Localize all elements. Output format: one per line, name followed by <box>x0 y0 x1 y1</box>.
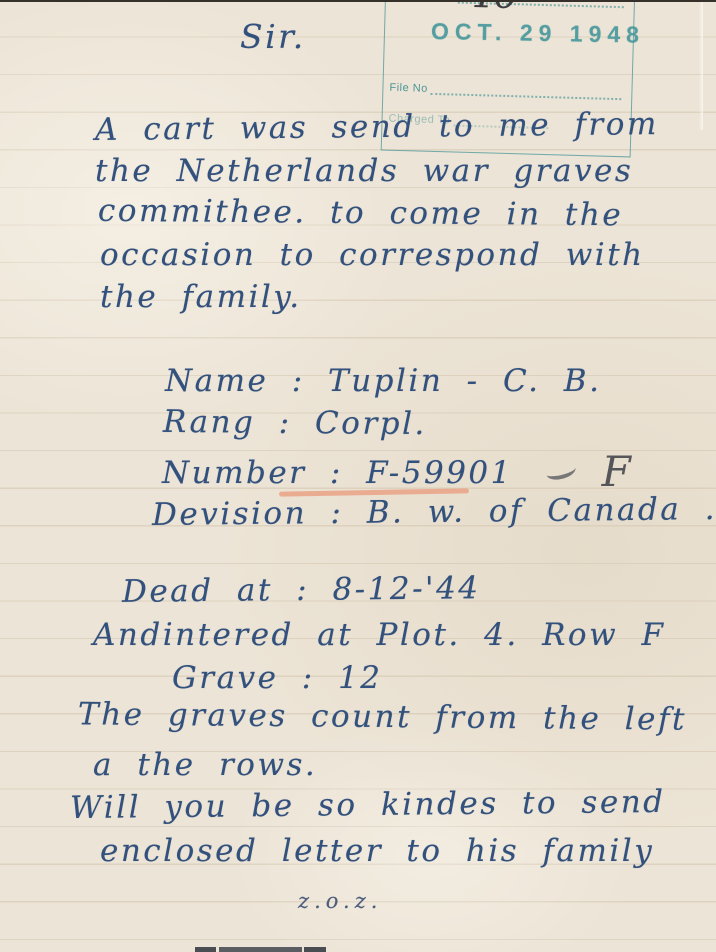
stamp-file-row: File No <box>389 82 621 100</box>
burial-line: Grave : 12 <box>172 663 383 694</box>
body-line: A cart was send to me from <box>95 109 659 146</box>
detail-rank-label: Rang : <box>163 404 292 441</box>
burial-line: Dead at : 8-12-'44 <box>122 573 481 608</box>
detail-number-value: F-59901 <box>366 455 513 491</box>
detail-division-label: Devision : <box>152 495 344 533</box>
note-line: a the rows. <box>93 750 317 781</box>
footer-note: z.o.z. <box>298 891 382 912</box>
body-line: commithee. to come in the <box>98 196 623 232</box>
body-line: the Netherlands war graves <box>95 156 633 187</box>
stamp-referred-value: 40 <box>468 0 520 15</box>
body-line: occasion to correspond with <box>100 240 645 271</box>
detail-name-row: Name : Tuplin - C. B. <box>165 366 601 397</box>
detail-number-row: Number : F-59901 F <box>162 448 631 490</box>
detail-division-value: B. w. of Canada . <box>367 491 716 531</box>
scan-artifact <box>304 947 326 952</box>
detail-rank-row: Rang : Corpl. <box>163 407 427 440</box>
salutation: Sir. <box>240 20 306 53</box>
detail-name-value: Tuplin - C. B. <box>328 363 601 399</box>
scan-top-edge <box>0 0 716 2</box>
burial-line: Andintered at Plot. 4. Row F <box>93 620 665 651</box>
stamp-file-label: File No <box>389 82 428 95</box>
dotted-line <box>431 84 622 100</box>
request-line: enclosed letter to his family <box>100 836 654 867</box>
detail-name-label: Name : <box>165 363 305 399</box>
detail-rank-value: Corpl. <box>315 405 427 442</box>
scanned-letter-page: Referred To 40 OCT. 29 1948 File No Char… <box>0 0 716 952</box>
scan-artifact <box>219 947 302 952</box>
body-line: the family. <box>100 282 302 313</box>
scan-artifact <box>195 947 216 952</box>
request-line: Will you be so kindes to send <box>70 787 666 824</box>
detail-division-row: Devision : B. w. of Canada . <box>152 494 716 531</box>
pencil-annotation: F <box>602 447 631 496</box>
date-stamp: OCT. 29 1948 <box>431 18 645 49</box>
pencil-swash-icon <box>545 460 578 482</box>
detail-number-label: Number : <box>162 455 343 491</box>
note-line: The graves count from the left <box>78 699 687 735</box>
paper-fold-line <box>699 0 703 130</box>
